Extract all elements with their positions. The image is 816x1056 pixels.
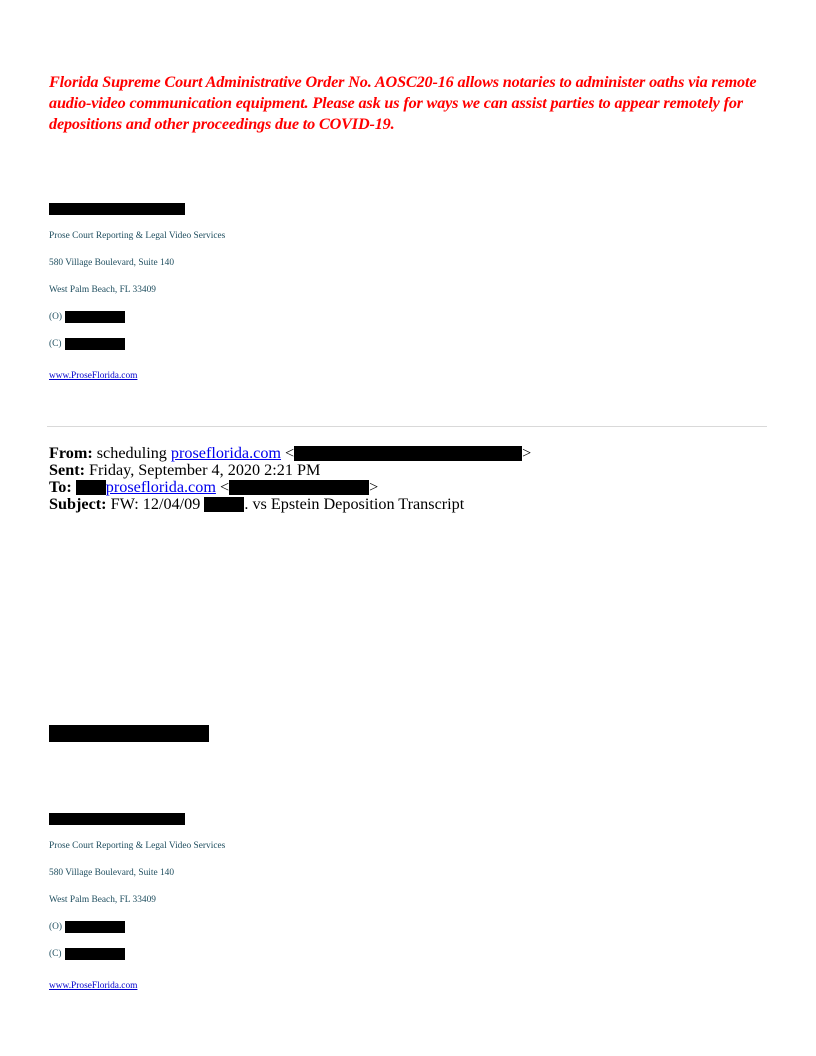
address-line-2: West Palm Beach, FL 33409 [49,894,349,906]
forwarded-header: From: scheduling proseflorida.com < > Se… [49,445,531,513]
address-line-1: 580 Village Boulevard, Suite 140 [49,867,349,879]
to-gt: > [369,479,378,496]
office-label: (O) [49,311,62,323]
cell-label: (C) [49,948,62,960]
address-line-1: 580 Village Boulevard, Suite 140 [49,257,349,269]
website-link[interactable]: www.ProseFlorida.com [49,371,137,381]
redacted-subject-name [204,497,244,512]
covid-notice: Florida Supreme Court Administrative Ord… [49,72,779,135]
cell-phone-row: (C) [49,948,349,960]
redacted-to-user [76,480,106,495]
redacted-office-phone [65,921,125,933]
to-label: To: [49,479,72,496]
sent-label: Sent: [49,462,85,479]
sent-row: Sent: Friday, September 4, 2020 2:21 PM [49,462,531,479]
redacted-to-email [229,480,369,495]
to-domain-link[interactable]: proseflorida.com [106,479,216,496]
company-name: Prose Court Reporting & Legal Video Serv… [49,230,349,242]
redacted-name [49,813,185,825]
redacted-office-phone [65,311,125,323]
to-row: To: proseflorida.com < > [49,479,531,496]
sent-value: Friday, September 4, 2020 2:21 PM [89,462,320,479]
redacted-cell-phone [65,948,125,960]
address-line-2: West Palm Beach, FL 33409 [49,284,349,296]
redacted-cell-phone [65,338,125,350]
redacted-name [49,203,185,215]
cell-phone-row: (C) [49,338,349,350]
signature-bottom: Prose Court Reporting & Legal Video Serv… [49,813,349,993]
office-phone-row: (O) [49,311,349,323]
from-name: scheduling [97,445,167,462]
subject-suffix: . vs Epstein Deposition Transcript [244,496,464,513]
redacted-body-text [49,725,209,742]
office-phone-row: (O) [49,921,349,933]
company-name: Prose Court Reporting & Legal Video Serv… [49,840,349,852]
divider [47,426,767,427]
redacted-from-email [294,446,522,461]
signature-top: Prose Court Reporting & Legal Video Serv… [49,203,349,383]
from-domain-link[interactable]: proseflorida.com [171,445,281,462]
to-lt: < [220,479,229,496]
subject-row: Subject: FW: 12/04/09 . vs Epstein Depos… [49,496,531,513]
subject-prefix: FW: 12/04/09 [111,496,201,513]
from-row: From: scheduling proseflorida.com < > [49,445,531,462]
website-link[interactable]: www.ProseFlorida.com [49,981,137,991]
from-gt: > [522,445,531,462]
from-lt: < [285,445,294,462]
cell-label: (C) [49,338,62,350]
from-label: From: [49,445,93,462]
subject-label: Subject: [49,496,107,513]
office-label: (O) [49,921,62,933]
